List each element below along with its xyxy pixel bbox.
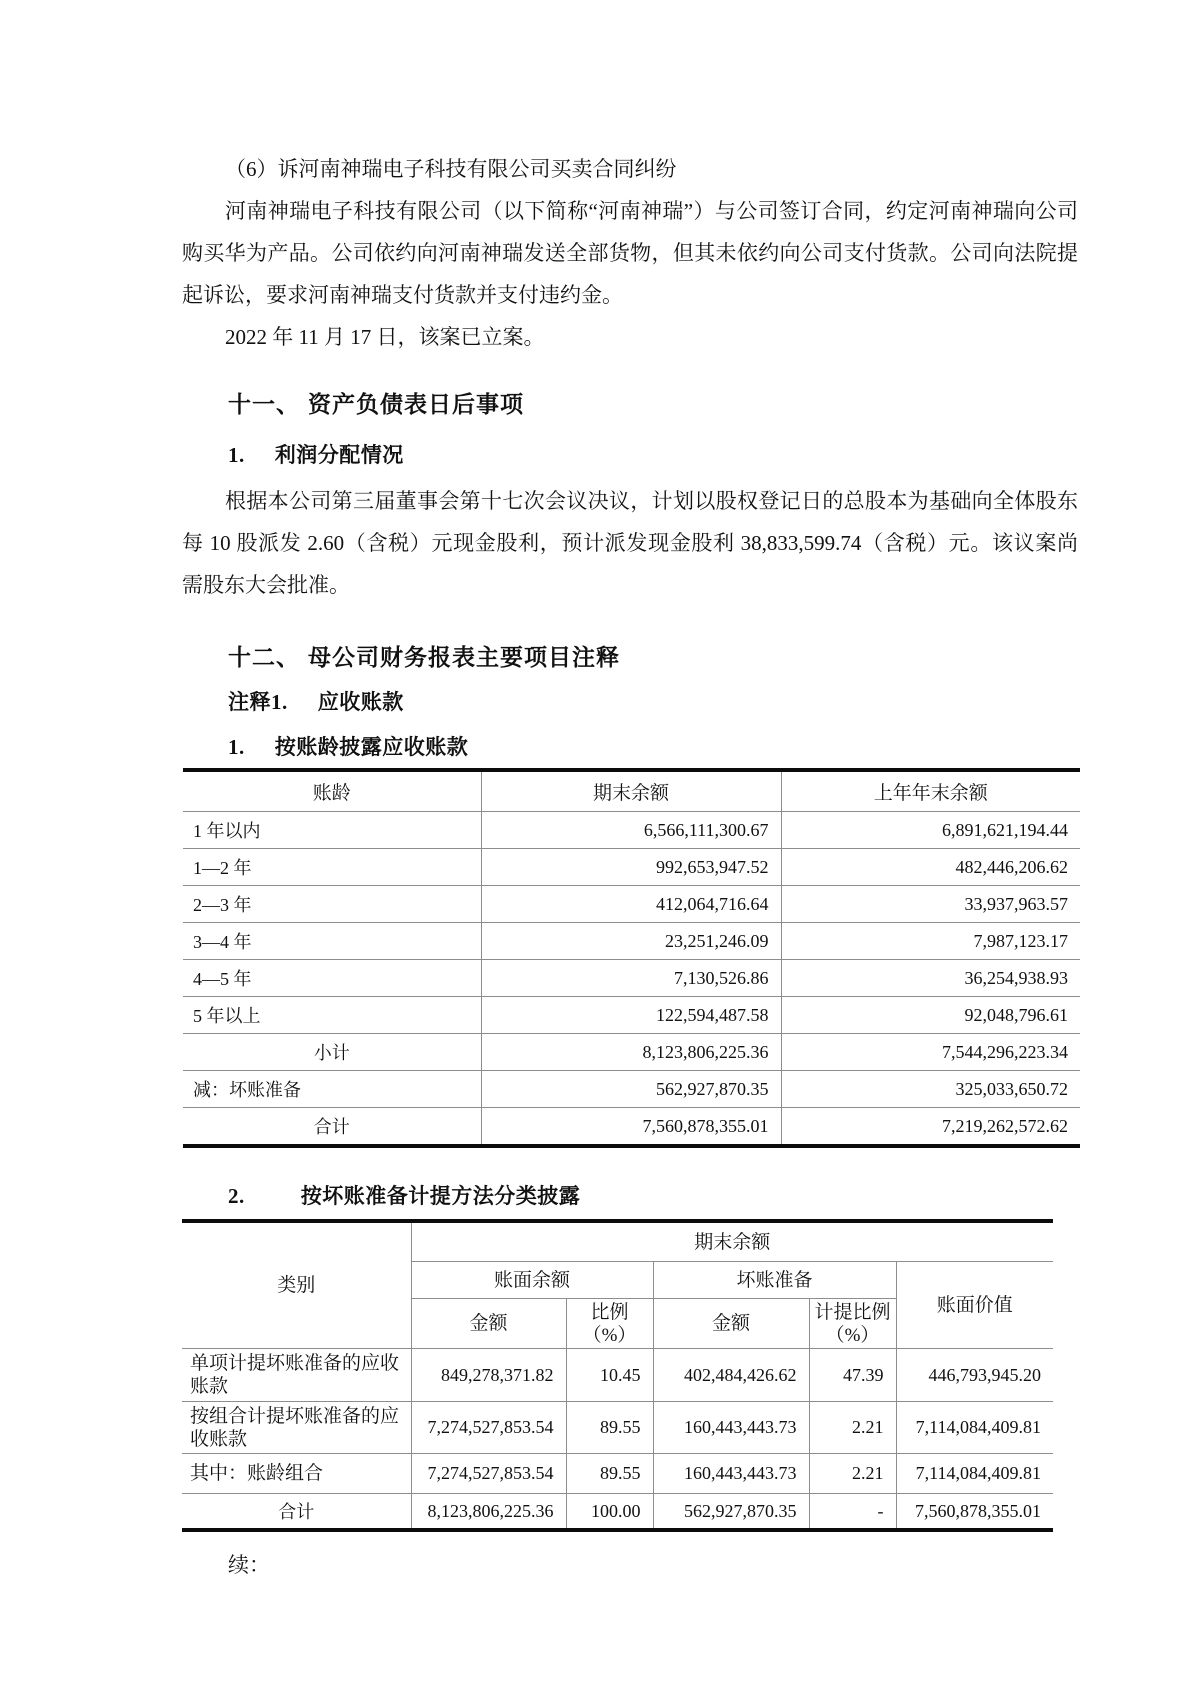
- table-row: 1—2 年 992,653,947.52 482,446,206.62: [183, 849, 1080, 886]
- table-row: 1 年以内 6,566,111,300.67 6,891,621,194.44: [183, 812, 1080, 849]
- provision-header-ratio: 比例（%）: [566, 1299, 653, 1349]
- provision-table: 类别 期末余额 账面余额 坏账准备 账面价值 金额 比例（%） 金额 计提比例（…: [182, 1219, 1053, 1532]
- table-row: 其中：账龄组合 7,274,527,853.54 89.55 160,443,4…: [182, 1454, 1053, 1494]
- profit-subheading-number: 1.: [228, 443, 245, 467]
- table-row-total: 合计 8,123,806,225.36 100.00 562,927,870.3…: [182, 1494, 1053, 1531]
- aging-prior-balance-cell: 36,254,938.93: [781, 960, 1080, 997]
- aging-label-cell: 4—5 年: [183, 960, 481, 997]
- provision-accrual-cell: 47.39: [809, 1349, 896, 1402]
- aging-end-balance-cell: 8,123,806,225.36: [481, 1034, 781, 1071]
- table-row: 3—4 年 23,251,246.09 7,987,123.17: [183, 923, 1080, 960]
- provision-category-cell: 单项计提坏账准备的应收账款: [182, 1349, 411, 1402]
- paragraph-line: 购买华为产品。公司依约向河南神瑞发送全部货物，但其未依约向公司支付货款。公司向法…: [182, 232, 1078, 274]
- ratio-label-line1: 比例: [590, 1302, 628, 1323]
- aging-label-cell: 5 年以上: [183, 997, 481, 1034]
- provision-header-amount: 金额: [653, 1299, 809, 1349]
- aging-header-end-balance: 期末余额: [481, 770, 781, 812]
- table-row: 2—3 年 412,064,716.64 33,937,963.57: [183, 886, 1080, 923]
- table-row: 4—5 年 7,130,526.86 36,254,938.93: [183, 960, 1080, 997]
- litigation-item-title: （6）诉河南神瑞电子科技有限公司买卖合同纠纷: [182, 148, 1078, 190]
- aging-end-balance-cell: 23,251,246.09: [481, 923, 781, 960]
- aging-subheading-number: 1.: [228, 735, 245, 759]
- table-row: 减：坏账准备 562,927,870.35 325,033,650.72: [183, 1071, 1080, 1108]
- profit-distribution-subheading: 1.利润分配情况: [182, 441, 1078, 469]
- provision-ratio-cell: 89.55: [566, 1402, 653, 1454]
- provision-ratio-cell: 10.45: [566, 1349, 653, 1402]
- provision-header-amount: 金额: [411, 1299, 566, 1349]
- provision-ratio-cell: 89.55: [566, 1454, 653, 1494]
- document-content: （6）诉河南神瑞电子科技有限公司买卖合同纠纷 河南神瑞电子科技有限公司（以下简称…: [182, 0, 1078, 1586]
- note-1-number: 注释1.: [228, 690, 288, 714]
- aging-label-cell: 合计: [183, 1108, 481, 1147]
- litigation-paragraph: 河南神瑞电子科技有限公司（以下简称“河南神瑞”）与公司签订合同，约定河南神瑞向公…: [182, 190, 1078, 316]
- provision-bad-debt-cell: 402,484,426.62: [653, 1349, 809, 1402]
- aging-prior-balance-cell: 92,048,796.61: [781, 997, 1080, 1034]
- aging-label-cell: 减：坏账准备: [183, 1071, 481, 1108]
- profit-distribution-paragraph: 根据本公司第三届董事会第十七次会议决议，计划以股权登记日的总股本为基础向全体股东…: [182, 480, 1078, 606]
- aging-header-prior-balance: 上年年末余额: [781, 770, 1080, 812]
- provision-accrual-cell: 2.21: [809, 1454, 896, 1494]
- paragraph-line: 河南神瑞电子科技有限公司（以下简称“河南神瑞”）与公司签订合同，约定河南神瑞向公…: [182, 190, 1078, 232]
- accrual-label-line1: 计提比例: [814, 1302, 890, 1323]
- aging-end-balance-cell: 122,594,487.58: [481, 997, 781, 1034]
- provision-header-bad-debt: 坏账准备: [653, 1262, 896, 1299]
- provision-header-row-1: 类别 期末余额: [182, 1221, 1053, 1262]
- paragraph-line: 需股东大会批准。: [182, 564, 1078, 606]
- provision-header-category: 类别: [182, 1221, 411, 1349]
- paragraph-line: 每 10 股派发 2.60（含税）元现金股利，预计派发现金股利 38,833,5…: [182, 522, 1078, 564]
- section-12-title: 母公司财务报表主要项目注释: [308, 645, 620, 670]
- provision-header-book-value: 账面价值: [896, 1262, 1053, 1349]
- provision-amount-cell: 7,274,527,853.54: [411, 1454, 566, 1494]
- aging-prior-balance-cell: 6,891,621,194.44: [781, 812, 1080, 849]
- paragraph-line: 起诉讼，要求河南神瑞支付货款并支付违约金。: [182, 274, 1078, 316]
- provision-bad-debt-cell: 160,443,443.73: [653, 1454, 809, 1494]
- ratio-label-line2: （%）: [583, 1325, 637, 1346]
- aging-prior-balance-cell: 33,937,963.57: [781, 886, 1080, 923]
- provision-amount-cell: 7,274,527,853.54: [411, 1402, 566, 1454]
- paragraph-line: 根据本公司第三届董事会第十七次会议决议，计划以股权登记日的总股本为基础向全体股东: [182, 480, 1078, 522]
- aging-end-balance-cell: 7,130,526.86: [481, 960, 781, 997]
- provision-ratio-cell: 100.00: [566, 1494, 653, 1531]
- aging-label-cell: 1—2 年: [183, 849, 481, 886]
- section-12-heading: 十二、母公司财务报表主要项目注释: [182, 642, 1078, 674]
- provision-book-value-cell: 7,114,084,409.81: [896, 1402, 1053, 1454]
- provision-header-book-balance: 账面余额: [411, 1262, 653, 1299]
- provision-subheading-number: 2.: [228, 1184, 245, 1208]
- aging-end-balance-cell: 7,560,878,355.01: [481, 1108, 781, 1147]
- document-page: （6）诉河南神瑞电子科技有限公司买卖合同纠纷 河南神瑞电子科技有限公司（以下简称…: [0, 0, 1200, 1697]
- aging-label-cell: 3—4 年: [183, 923, 481, 960]
- aging-prior-balance-cell: 7,987,123.17: [781, 923, 1080, 960]
- provision-method-subheading: 2.按坏账准备计提方法分类披露: [182, 1182, 1078, 1210]
- provision-header-end-balance: 期末余额: [411, 1221, 1053, 1262]
- section-11-heading: 十一、资产负债表日后事项: [182, 389, 1078, 421]
- table-row: 5 年以上 122,594,487.58 92,048,796.61: [183, 997, 1080, 1034]
- aging-prior-balance-cell: 325,033,650.72: [781, 1071, 1080, 1108]
- provision-subheading-title: 按坏账准备计提方法分类披露: [301, 1184, 581, 1208]
- filing-date-line: 2022 年 11 月 17 日，该案已立案。: [182, 316, 1078, 358]
- aging-subheading-title: 按账龄披露应收账款: [275, 735, 469, 759]
- provision-amount-cell: 849,278,371.82: [411, 1349, 566, 1402]
- aging-end-balance-cell: 412,064,716.64: [481, 886, 781, 923]
- aging-prior-balance-cell: 7,219,262,572.62: [781, 1108, 1080, 1147]
- provision-accrual-cell: 2.21: [809, 1402, 896, 1454]
- aging-label-cell: 1 年以内: [183, 812, 481, 849]
- aging-header-age: 账龄: [183, 770, 481, 812]
- section-11-title: 资产负债表日后事项: [308, 392, 524, 417]
- table-row: 单项计提坏账准备的应收账款 849,278,371.82 10.45 402,4…: [182, 1349, 1053, 1402]
- table-row-subtotal: 小计 8,123,806,225.36 7,544,296,223.34: [183, 1034, 1080, 1071]
- aging-prior-balance-cell: 7,544,296,223.34: [781, 1034, 1080, 1071]
- provision-header-accrual-ratio: 计提比例（%）: [809, 1299, 896, 1349]
- aging-prior-balance-cell: 482,446,206.62: [781, 849, 1080, 886]
- aging-end-balance-cell: 6,566,111,300.67: [481, 812, 781, 849]
- table-row: 按组合计提坏账准备的应收账款 7,274,527,853.54 89.55 16…: [182, 1402, 1053, 1454]
- provision-category-cell: 合计: [182, 1494, 411, 1531]
- provision-book-value-cell: 446,793,945.20: [896, 1349, 1053, 1402]
- aging-end-balance-cell: 992,653,947.52: [481, 849, 781, 886]
- continued-label: 续：: [182, 1544, 1078, 1586]
- accrual-label-line2: （%）: [826, 1325, 880, 1346]
- aging-label-cell: 2—3 年: [183, 886, 481, 923]
- provision-book-value-cell: 7,560,878,355.01: [896, 1494, 1053, 1531]
- section-12-number: 十二、: [228, 645, 300, 670]
- provision-accrual-cell: -: [809, 1494, 896, 1531]
- provision-category-cell: 按组合计提坏账准备的应收账款: [182, 1402, 411, 1454]
- note-1-subheading: 注释1.应收账款: [182, 688, 1078, 716]
- provision-category-cell: 其中：账龄组合: [182, 1454, 411, 1494]
- provision-amount-cell: 8,123,806,225.36: [411, 1494, 566, 1531]
- aging-disclosure-subheading: 1.按账龄披露应收账款: [182, 733, 1078, 761]
- provision-bad-debt-cell: 562,927,870.35: [653, 1494, 809, 1531]
- aging-table: 账龄 期末余额 上年年末余额 1 年以内 6,566,111,300.67 6,…: [183, 768, 1080, 1148]
- provision-book-value-cell: 7,114,084,409.81: [896, 1454, 1053, 1494]
- table-row-total: 合计 7,560,878,355.01 7,219,262,572.62: [183, 1108, 1080, 1147]
- provision-bad-debt-cell: 160,443,443.73: [653, 1402, 809, 1454]
- aging-end-balance-cell: 562,927,870.35: [481, 1071, 781, 1108]
- profit-subheading-title: 利润分配情况: [275, 443, 404, 467]
- note-1-title: 应收账款: [318, 690, 404, 714]
- aging-table-header-row: 账龄 期末余额 上年年末余额: [183, 770, 1080, 812]
- aging-label-cell: 小计: [183, 1034, 481, 1071]
- section-11-number: 十一、: [228, 392, 300, 417]
